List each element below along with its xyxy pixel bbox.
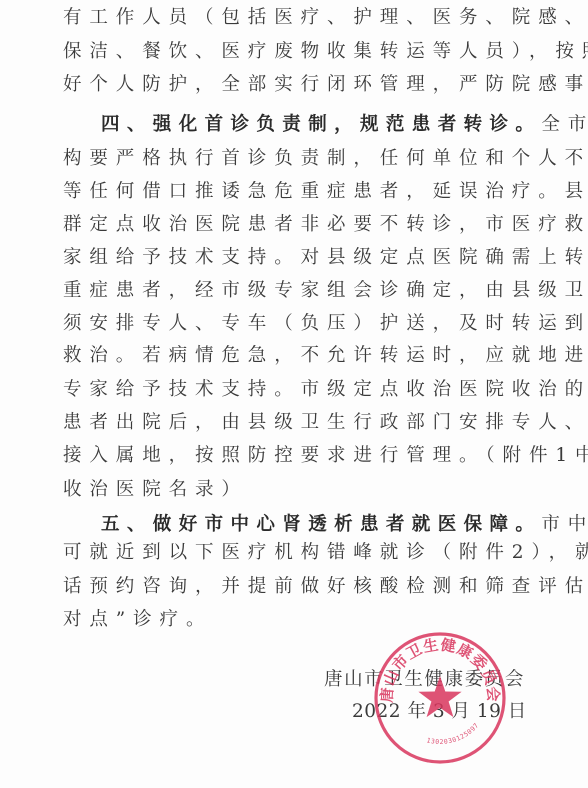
paragraph-line: 专家给予技术支持。市级定点收治医院收治的中高风险人群 xyxy=(63,373,588,407)
paragraph-line: 救治。若病情危急，不允许转运时，应就地进行抢救，市级 xyxy=(63,339,588,373)
paragraph-line: 可就近到以下医疗机构错峰就诊（附件2），就诊前进行电 xyxy=(63,536,588,570)
paragraph-line: 患者出院后，由县级卫生行政部门安排专人、专车（负压） xyxy=(63,406,588,440)
paragraph-line: 家组给予技术支持。对县级定点医院确需上转进一步诊治的 xyxy=(63,241,588,275)
paragraph-line: 保洁、餐饮、医疗废物收集转运等人员），按照要求严格做 xyxy=(63,35,588,69)
section-5-heading: 五、做好市中心肾透析患者就医保障。 xyxy=(101,514,541,535)
section-4-first-line: 四、强化首诊负责制，规范患者转诊。全市各级医疗机 xyxy=(101,108,588,142)
document-page: 有工作人员（包括医疗、护理、医务、院感、管理、安保、 保洁、餐饮、医疗废物收集转… xyxy=(0,0,588,788)
paragraph-line: 群定点收治医院患者非必要不转诊，市医疗救治组织市级专 xyxy=(63,208,588,242)
paragraph-line: 等任何借口推诿急危重症患者，延误治疗。县级中高风险人 xyxy=(63,175,588,209)
official-seal-icon: 唐山市卫生健康委员会 1302030125097 xyxy=(372,630,508,766)
paragraph-line: 重症患者，经市级专家组会诊确定，由县级卫生行政部门必 xyxy=(63,274,588,308)
svg-text:1302030125097: 1302030125097 xyxy=(426,721,481,746)
paragraph-line: 对点”诊疗。 xyxy=(63,603,212,637)
paragraph-line: 接入属地，按照防控要求进行管理。（附件1中高风险定点 xyxy=(63,439,588,473)
section-4-text: 全市各级医疗机 xyxy=(541,114,588,135)
paragraph-line: 收治医院名录） xyxy=(63,473,248,507)
paragraph-line: 有工作人员（包括医疗、护理、医务、院感、管理、安保、 xyxy=(63,1,588,35)
section-4-heading: 四、强化首诊负责制，规范患者转诊。 xyxy=(101,114,541,135)
section-5-text: 市中心透析患者 xyxy=(541,514,588,535)
paragraph-line: 构要严格执行首诊负责制，任何单位和个人不得以疫情防控 xyxy=(63,142,588,176)
paragraph-line: 好个人防护，全部实行闭环管理，严防院感事件发生。 xyxy=(63,68,588,102)
paragraph-line: 话预约咨询，并提前做好核酸检测和筛查评估工作，做到“点 xyxy=(63,570,588,604)
paragraph-line: 须安排专人、专车（负压）护送，及时转运到市级定点医院 xyxy=(63,307,588,341)
